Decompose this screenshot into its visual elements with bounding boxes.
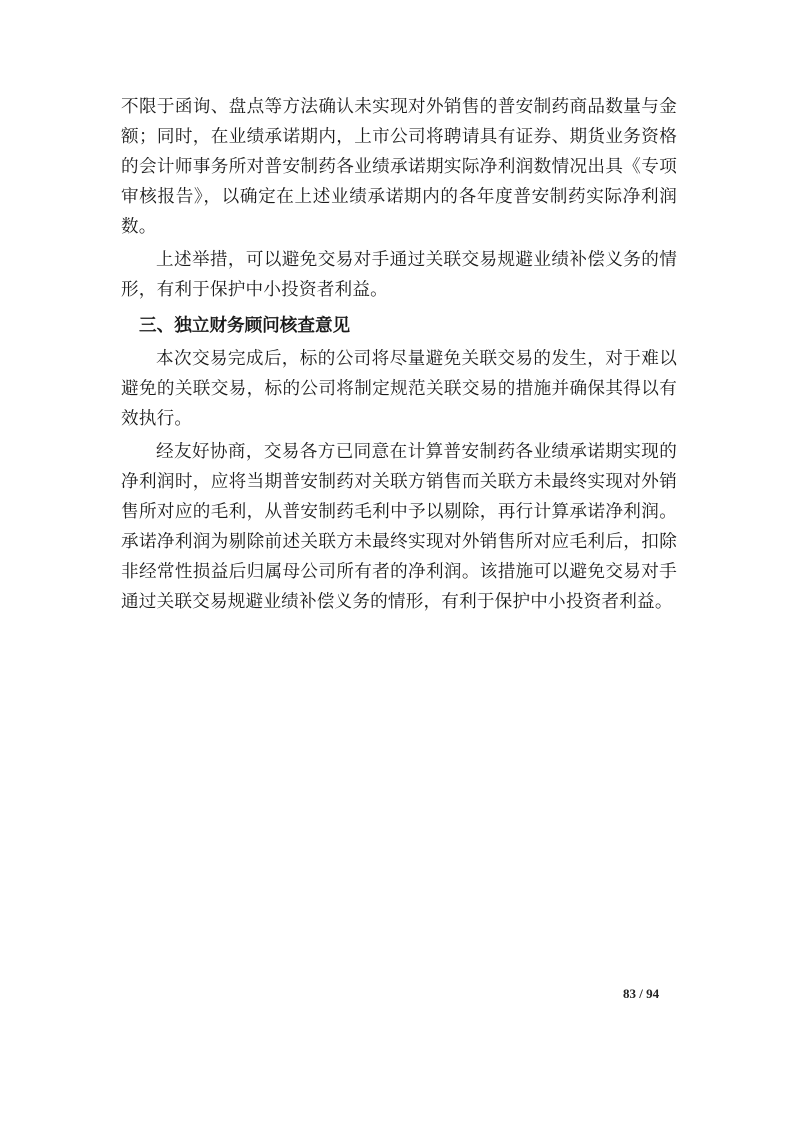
paragraph-continuation: 不限于函询、盘点等方法确认未实现对外销售的普安制药商品数量与金额；同时，在业绩承… (121, 92, 677, 242)
page-number: 83 / 94 (623, 986, 659, 1002)
section-heading: 三、独立财务顾问核查意见 (121, 311, 677, 341)
paragraph-related-transactions: 本次交易完成后，标的公司将尽量避免关联交易的发生，对于难以避免的关联交易，标的公… (121, 344, 677, 434)
document-body: 不限于函询、盘点等方法确认未实现对外销售的普安制药商品数量与金额；同时，在业绩承… (121, 92, 677, 620)
paragraph-net-profit-calculation: 经友好协商，交易各方已同意在计算普安制药各业绩承诺期实现的净利润时，应将当期普安… (121, 437, 677, 617)
paragraph-measures-summary: 上述举措，可以避免交易对手通过关联交易规避业绩补偿义务的情形，有利于保护中小投资… (121, 245, 677, 305)
